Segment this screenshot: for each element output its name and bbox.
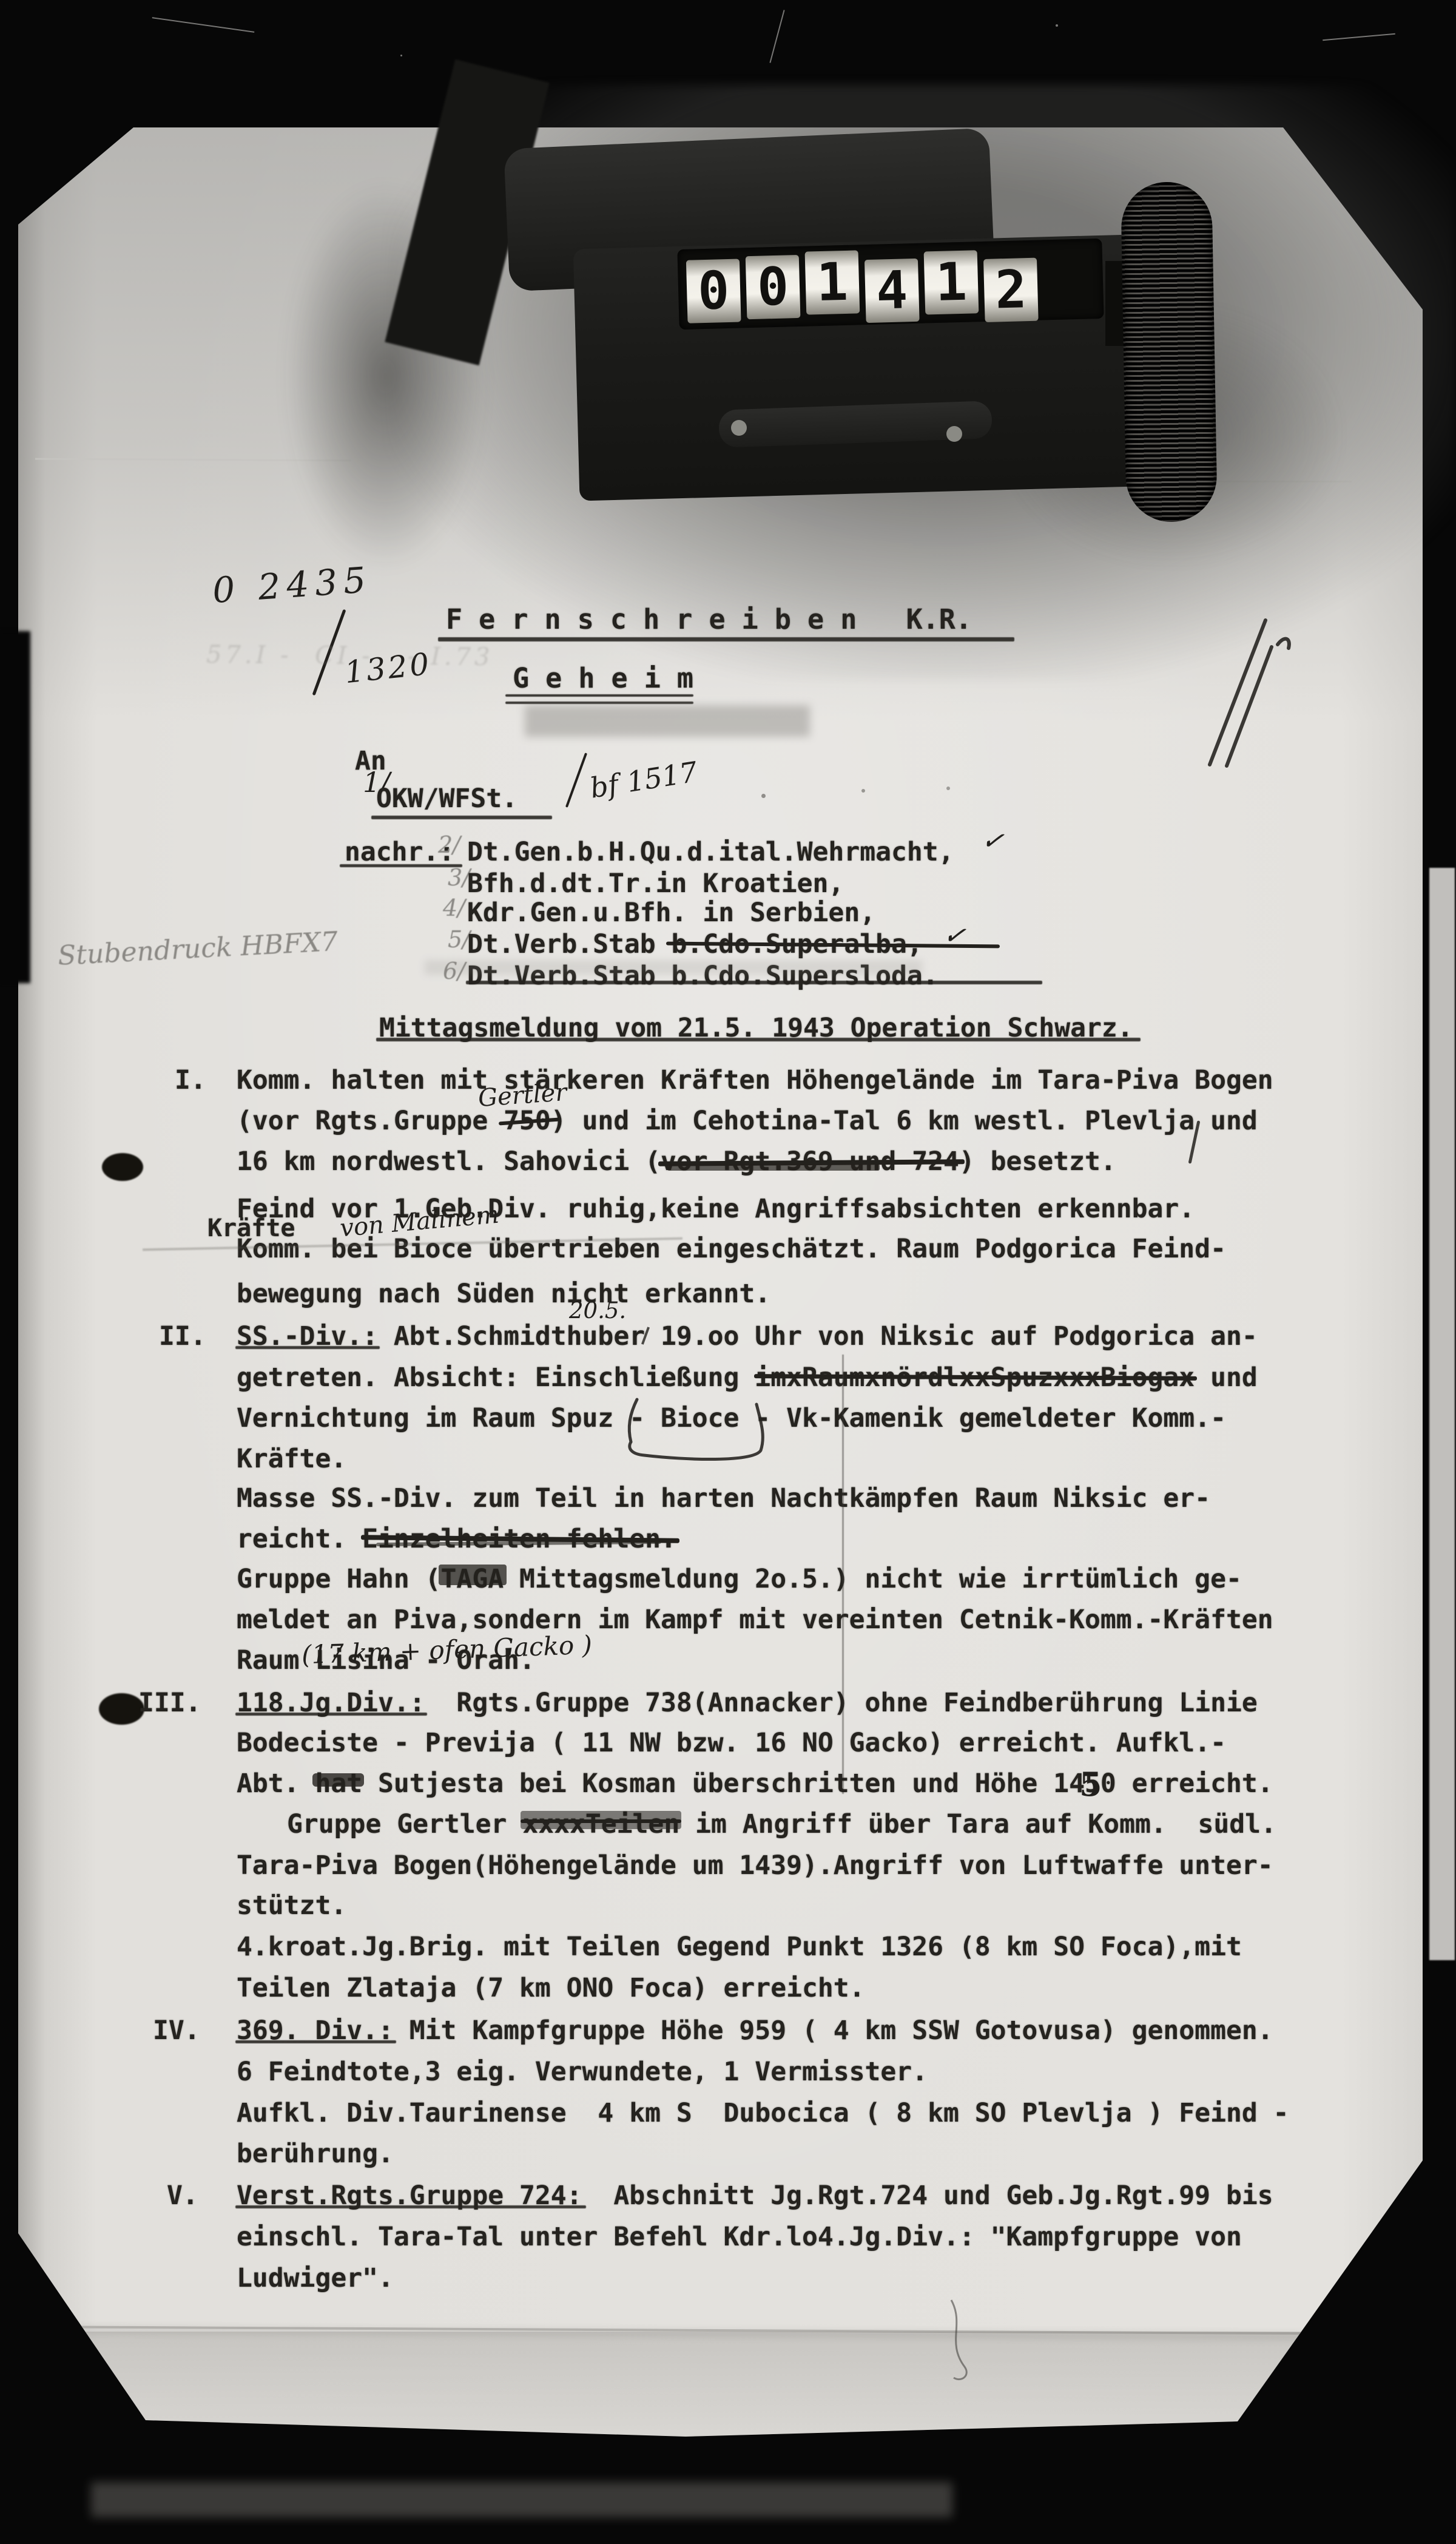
pen-checkmark-1: ✓	[980, 824, 1006, 858]
pen-strike-rgt369-heavy	[667, 1164, 880, 1171]
type-blot-taga	[439, 1565, 507, 1585]
recipient-underline	[371, 816, 552, 819]
pencil-item-number-2: 2/	[438, 831, 460, 858]
typed-line: Tara-Piva Bogen(Höhengelände um 1439).An…	[237, 1850, 1273, 1881]
ink-blob	[102, 1153, 143, 1181]
ghost-smudge	[425, 960, 922, 975]
jg-div-underline	[235, 1713, 427, 1716]
title-underline	[376, 1038, 1141, 1041]
typed-line: Ludwiger".	[237, 2262, 394, 2294]
typed-line: einschl. Tara-Tal unter Befehl Kdr.lo4.J…	[237, 2221, 1242, 2253]
pen-flourish-mark	[0, 0, 1456, 2544]
typed-line: Gruppe Hahn (TAGA Mittagsmeldung 2o.5.) …	[237, 1563, 1242, 1595]
scanned-document-page: { "counter": { "digits": ["0","0","1","4…	[0, 0, 1456, 2544]
typed-line: Komm. halten mit stärkeren Kräften Höhen…	[237, 1064, 1273, 1096]
type-strike-teilen	[521, 1819, 681, 1823]
cc-recipient: Dt.Gen.b.H.Qu.d.ital.Wehrmacht,	[467, 836, 954, 868]
pen-strike-hat	[312, 1773, 364, 1787]
typed-line: Gruppe Gertler xxxxTeilen im Angriff übe…	[287, 1808, 1276, 1840]
section-numeral: IV.	[153, 2015, 200, 2046]
pen-date-note: 20.5.	[569, 1297, 626, 1324]
typed-line: meldet an Piva,sondern im Kampf mit vere…	[237, 1604, 1273, 1636]
section-numeral: III.	[138, 1687, 201, 1719]
typed-line: stützt.	[237, 1890, 346, 1921]
pen-dot	[946, 787, 950, 790]
typed-line: Teilen Zlataja (7 km ONO Foca) erreicht.	[237, 1972, 865, 2004]
typed-line: Aufkl. Div.Taurinense 4 km S Dubocica ( …	[237, 2097, 1289, 2129]
ss-div-underline	[235, 1346, 380, 1349]
div369-underline	[235, 2040, 396, 2043]
typed-insert-kraefte: Kräfte	[207, 1213, 295, 1244]
pen-dot	[861, 789, 865, 793]
pencil-item-number-4: 4/	[443, 895, 465, 921]
typed-line: Bodeciste - Previja ( 11 NW bzw. 16 NO G…	[237, 1727, 1226, 1759]
typed-line: 6 Feindtote,3 eig. Verwundete, 1 Vermiss…	[237, 2056, 928, 2088]
pen-five-fix: 5	[1079, 1765, 1102, 1804]
typed-line: Kräfte.	[237, 1443, 346, 1475]
cc-recipient: Bfh.d.dt.Tr.in Kroatien,	[467, 868, 844, 899]
typed-line: 4.kroat.Jg.Brig. mit Teilen Gegend Punkt…	[237, 1931, 1242, 1963]
typed-line: Masse SS.-Div. zum Teil in harten Nachtk…	[237, 1483, 1210, 1514]
pen-dot	[761, 794, 766, 798]
recipient-main: OKW/WFSt.	[376, 783, 517, 814]
typed-line: Vernichtung im Raum Spuz - Bioce - Vk-Ka…	[237, 1402, 1226, 1434]
cc-block-underline	[466, 981, 1042, 984]
ink-blob	[99, 1693, 144, 1725]
cc-recipient: Kdr.Gen.u.Bfh. in Serbien,	[467, 897, 875, 929]
verst-underline	[235, 2205, 586, 2208]
section-numeral: I.	[175, 1064, 206, 1096]
typed-line: berührung.	[237, 2138, 394, 2170]
typed-line: SS.-Div.: Abt.Schmidthuber 19.oo Uhr von…	[237, 1321, 1258, 1352]
section-numeral: V.	[167, 2180, 198, 2211]
typed-line: Abt. hat Sutjesta bei Kosman überschritt…	[237, 1768, 1273, 1799]
nachr-underline	[340, 864, 462, 867]
typed-line: (vor Rgts.Gruppe 750) und im Cehotina-Ta…	[237, 1105, 1258, 1137]
section-numeral: II.	[159, 1321, 206, 1352]
typed-line: bewegung nach Süden nicht erkannt.	[237, 1278, 770, 1310]
